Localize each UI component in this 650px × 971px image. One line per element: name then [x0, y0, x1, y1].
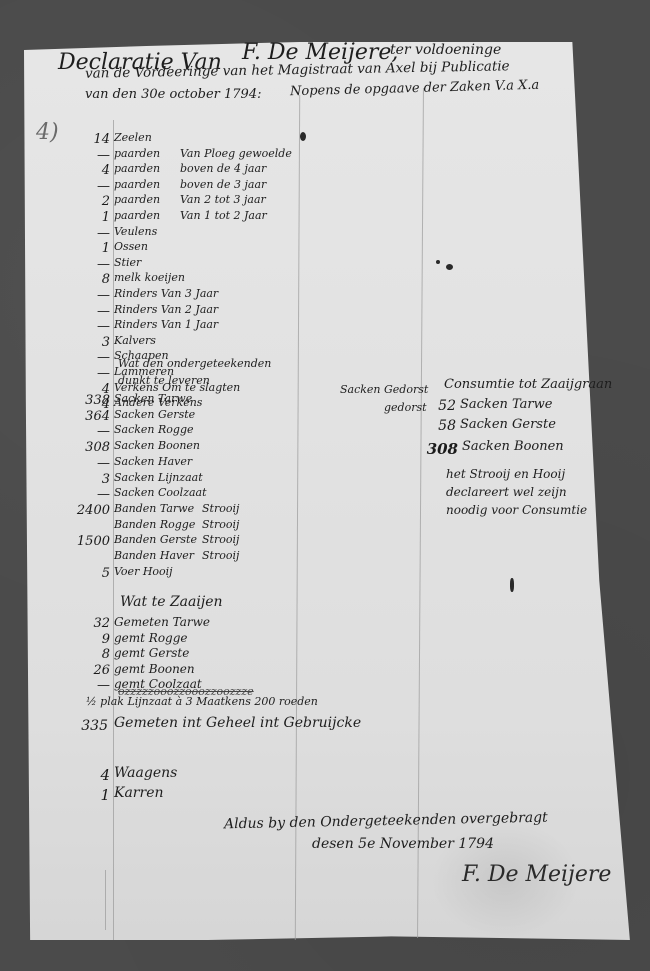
item-desc: Van 1 tot 2 Jaar: [180, 210, 267, 221]
item-qty: 338: [60, 393, 110, 408]
item-label: melk koeijen: [114, 272, 185, 283]
item-label: Rinders Van 2 Jaar: [114, 304, 218, 315]
header-line3-date: van den 30e october 1794:: [85, 88, 261, 101]
item-label: Sacken Tarwe: [114, 393, 192, 404]
item-desc: Strooij: [202, 550, 239, 561]
item-label: paarden: [114, 148, 160, 159]
right-col-heading: Consumtie tot Zaaijgraan: [444, 378, 612, 391]
item-qty: 4: [66, 766, 110, 784]
item-qty: 3: [66, 335, 110, 350]
item-qty: 2: [66, 194, 110, 209]
item-label: Sacken Haver: [114, 456, 192, 467]
item-label: Sacken Coolzaat: [114, 487, 207, 498]
item-label: Rinders Van 1 Jaar: [114, 319, 218, 330]
item-desc: Strooij: [202, 503, 239, 514]
item-label: Banden Rogge: [114, 519, 195, 530]
item-desc: Strooij: [202, 519, 239, 530]
item-qty: 364: [60, 409, 110, 424]
note-line-1: Wat den ondergeteekenden: [118, 358, 271, 369]
sown-heading: Wat te Zaaijen: [120, 595, 223, 609]
right-row-label: Sacken Tarwe: [460, 398, 552, 411]
item-qty: 2400: [60, 503, 110, 518]
right-row-qty: 308: [422, 440, 458, 458]
item-desc: Van 2 tot 3 jaar: [180, 194, 266, 205]
item-label: gemt Rogge: [114, 632, 188, 644]
ink-blot: [510, 578, 514, 592]
flax-line: ½ plak Lijnzaat à 3 Maatkens 200 roeden: [86, 696, 318, 707]
item-qty: —: [66, 288, 110, 303]
item-label: Zeelen: [114, 132, 152, 143]
ink-blot: [436, 260, 440, 264]
signature: F. De Meijere: [462, 862, 611, 887]
item-qty: 1: [66, 241, 110, 256]
total-label: Gemeten int Geheel int Gebruijcke: [114, 716, 361, 730]
item-label: Banden Tarwe: [114, 503, 194, 514]
middle-col-line1: Sacken Gedorst: [340, 384, 428, 395]
middle-col-line2: gedorst: [384, 402, 427, 413]
ink-blot: [446, 264, 453, 270]
right-row-label: Sacken Boonen: [462, 440, 564, 453]
item-label: paarden: [114, 194, 160, 205]
right-row-qty: 52: [422, 398, 456, 414]
item-desc: Strooij: [202, 534, 239, 545]
item-qty: 5: [60, 566, 110, 581]
item-qty: 1500: [60, 534, 110, 549]
item-desc: boven de 4 jaar: [180, 163, 266, 174]
item-qty: —: [66, 148, 110, 163]
item-label: Sacken Lijnzaat: [114, 472, 203, 483]
item-label: Kalvers: [114, 335, 156, 346]
item-label: gemt Boonen: [114, 663, 195, 675]
item-qty: 4: [66, 163, 110, 178]
item-label: Ossen: [114, 241, 148, 252]
item-qty: 26: [66, 663, 110, 678]
item-label: Rinders Van 3 Jaar: [114, 288, 218, 299]
item-desc: boven de 3 jaar: [180, 179, 266, 190]
item-qty: —: [66, 257, 110, 272]
item-qty: —: [66, 304, 110, 319]
item-label: Gemeten Tarwe: [114, 616, 210, 628]
item-qty: —: [60, 456, 110, 471]
item-label: Stier: [114, 257, 141, 268]
item-qty: 14: [66, 132, 110, 147]
item-label: Sacken Gerste: [114, 409, 195, 420]
item-qty: —: [66, 179, 110, 194]
page-marker: 4): [36, 122, 59, 144]
item-qty: —: [66, 678, 110, 693]
item-qty: 3: [60, 472, 110, 487]
item-label: Karren: [114, 786, 164, 800]
item-qty: 8: [66, 272, 110, 287]
item-desc: Van Ploeg gewoelde: [180, 148, 292, 159]
item-label: Voer Hooij: [114, 566, 173, 577]
item-qty: 1: [66, 786, 110, 804]
closing-date: desen 5e November 1794: [312, 837, 494, 851]
item-qty: 1: [66, 210, 110, 225]
item-qty: —: [66, 319, 110, 334]
item-qty: 308: [60, 440, 110, 455]
right-note-1: het Strooij en Hooij: [446, 468, 565, 480]
item-label: Waagens: [114, 766, 177, 780]
item-label: Sacken Rogge: [114, 424, 194, 435]
item-qty: 8: [66, 647, 110, 662]
item-qty: —: [66, 366, 110, 381]
right-note-3: noodig voor Consumtie: [446, 504, 587, 516]
item-label: Sacken Boonen: [114, 440, 200, 451]
header-line1-suffix: ter voldoeninge: [390, 43, 501, 57]
margin-rule: [105, 870, 106, 930]
item-qty: —: [60, 487, 110, 502]
note-line-2: dunkt te leveren: [118, 375, 210, 386]
item-label: paarden: [114, 163, 160, 174]
right-note-2: declareert wel zeijn: [446, 486, 567, 498]
item-label: paarden: [114, 210, 160, 221]
item-label: paarden: [114, 179, 160, 190]
item-label: gemt Gerste: [114, 647, 189, 659]
item-label: Banden Haver: [114, 550, 194, 561]
total-qty: 335: [62, 718, 108, 734]
item-qty: —: [66, 226, 110, 241]
item-qty: —: [60, 424, 110, 439]
item-label: Banden Gerste: [114, 534, 197, 545]
item-label: Veulens: [114, 226, 157, 237]
ink-blot: [300, 132, 306, 141]
item-qty: 32: [66, 616, 110, 631]
item-qty: 9: [66, 632, 110, 647]
right-row-qty: 58: [422, 418, 456, 434]
item-qty: —: [66, 350, 110, 365]
right-row-label: Sacken Gerste: [460, 418, 556, 431]
